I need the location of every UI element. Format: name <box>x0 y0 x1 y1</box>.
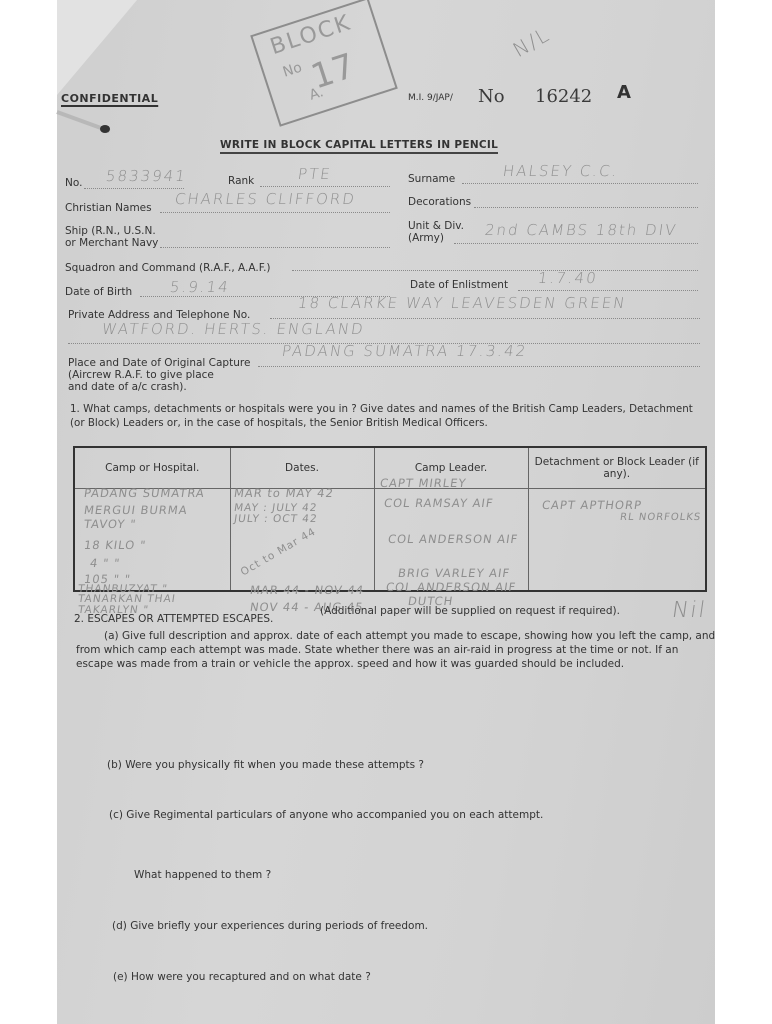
camp-leader-entry: BRIG VARLEY AIF <box>397 566 511 580</box>
unit-label-line1: Unit & Div. <box>408 220 464 232</box>
rank-field-value: PTE <box>297 165 333 183</box>
date-entry: JULY : OCT 42 <box>233 513 318 525</box>
camp-entry: MERGUI BURMA <box>83 503 189 517</box>
column-header-block-leader: Detachment or Block Leader (if any). <box>528 447 706 489</box>
question-c: (c) Give Regimental particulars of anyon… <box>109 809 543 821</box>
stamp-no-text: No <box>281 60 304 81</box>
question-a-line1: (a) Give full description and approx. da… <box>104 630 715 642</box>
section1-question-line1: 1. What camps, detachments or hospitals … <box>70 403 693 415</box>
date-of-birth-label: Date of Birth <box>65 286 132 298</box>
address-line2: WATFORD. HERTS. ENGLAND <box>101 320 366 338</box>
question-a-line2: from which camp each attempt was made. S… <box>76 644 678 656</box>
classification-label: CONFIDENTIAL <box>61 92 158 105</box>
folded-corner <box>57 0 137 95</box>
block-leader-entry: RL NORFOLKS <box>619 512 702 523</box>
question-c-followup: What happened to them ? <box>134 869 271 881</box>
binding-knot <box>100 125 110 133</box>
surname-field-value: HALSEY C.C. <box>502 162 620 180</box>
serial-number: 16242 <box>535 86 592 107</box>
capture-label-line3: and date of a/c crash). <box>68 381 187 393</box>
block-leader-entry: CAPT APTHORP <box>541 498 643 512</box>
camp-entry: PADANG SUMATRA <box>83 486 206 500</box>
christian-names-value: CHARLES CLIFFORD <box>174 190 357 208</box>
squadron-label: Squadron and Command (R.A.F., A.A.F.) <box>65 262 271 274</box>
number-label: No <box>478 86 505 107</box>
decorations-label: Decorations <box>408 196 471 208</box>
question-b: (b) Were you physically fit when you mad… <box>107 759 424 771</box>
rank-field-label: Rank <box>228 175 254 187</box>
camp-leader-entry: CAPT MIRLEY <box>379 476 467 490</box>
surname-field-label: Surname <box>408 173 455 185</box>
date-of-enlistment-label: Date of Enlistment <box>410 279 508 291</box>
number-field-label: No. <box>65 177 82 189</box>
section2-answer: Nil <box>670 598 708 623</box>
serial-suffix: A <box>617 82 631 103</box>
capture-value: PADANG SUMATRA 17.3.42 <box>281 342 529 360</box>
column-header-camp: Camp or Hospital. <box>74 447 230 489</box>
address-line1: 18 CLARKE WAY LEAVESDEN GREEN <box>297 294 628 312</box>
camp-entry: TAVOY " <box>83 517 137 531</box>
instruction-heading: WRITE IN BLOCK CAPITAL LETTERS IN PENCIL <box>220 139 498 154</box>
camp-leader-entry: COL ANDERSON AIF <box>385 580 517 594</box>
date-of-enlistment-value: 1.7.40 <box>537 269 599 287</box>
section2-note: (Additional paper will be supplied on re… <box>320 605 620 617</box>
number-field-value: 5833941 <box>105 167 188 185</box>
section2-heading: 2. ESCAPES OR ATTEMPTED ESCAPES. <box>74 613 273 625</box>
ship-label-line2: or Merchant Navy <box>65 237 158 249</box>
question-a-line3: escape was made from a train or vehicle … <box>76 658 624 670</box>
question-d: (d) Give briefly your experiences during… <box>112 920 428 932</box>
ship-label-line1: Ship (R.N., U.S.N. <box>65 225 156 237</box>
date-of-birth-value: 5.9.14 <box>169 278 231 296</box>
form-reference: M.I. 9/JAP/ <box>408 93 453 103</box>
camps-table: Camp or Hospital. Dates. Camp Leader. De… <box>73 446 707 592</box>
capture-label-line1: Place and Date of Original Capture <box>68 357 250 369</box>
christian-names-label: Christian Names <box>65 202 152 214</box>
date-entry: MAR 44 - NOV 44 <box>249 583 365 597</box>
column-header-dates: Dates. <box>230 447 374 489</box>
unit-value: 2nd CAMBS 18th DIV <box>484 221 679 239</box>
unit-label-line2: (Army) <box>408 232 444 244</box>
date-entry: MAR to MAY 42 <box>233 486 335 500</box>
section1-question-line2: (or Block) Leaders or, in the case of ho… <box>70 417 488 429</box>
camp-entry: 4 " " <box>89 556 121 570</box>
camp-leader-entry: COL RAMSAY AIF <box>383 496 494 510</box>
camp-leader-entry: COL ANDERSON AIF <box>387 532 519 546</box>
capture-label-line2: (Aircrew R.A.F. to give place <box>68 369 214 381</box>
camp-entry: 18 KILO " <box>83 538 147 552</box>
question-e: (e) How were you recaptured and on what … <box>113 971 371 983</box>
